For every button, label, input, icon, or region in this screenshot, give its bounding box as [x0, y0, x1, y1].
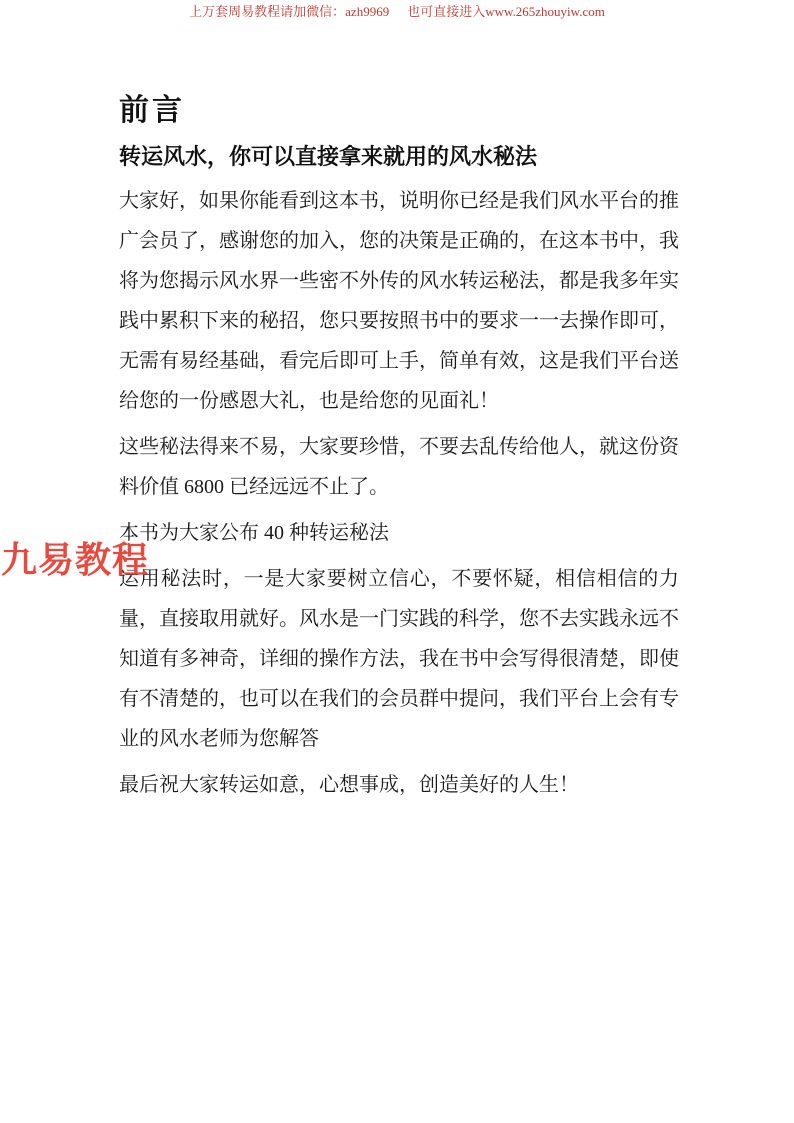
document-body: 前言 转运风水，你可以直接拿来就用的风水秘法 大家好，如果你能看到这本书，说明你… [119, 0, 679, 811]
body-paragraphs: 大家好，如果你能看到这本书，说明你已经是我们风水平台的推广会员了，感谢您的加入，… [119, 181, 679, 805]
paragraph: 最后祝大家转运如意，心想事成，创造美好的人生！ [119, 765, 679, 805]
page-title: 前言 [119, 0, 679, 129]
paragraph: 这些秘法得来不易，大家要珍惜，不要去乱传给他人，就这份资料价值 6800 已经远… [119, 427, 679, 507]
paragraph: 运用秘法时，一是大家要树立信心，不要怀疑，相信相信的力量，直接取用就好。风水是一… [119, 559, 679, 759]
document-subtitle: 转运风水，你可以直接拿来就用的风水秘法 [119, 143, 679, 171]
document-page: 上万套周易教程请加微信：azh9969 也可直接进入www.265zhouyiw… [0, 0, 794, 1123]
paragraph: 大家好，如果你能看到这本书，说明你已经是我们风水平台的推广会员了，感谢您的加入，… [119, 181, 679, 421]
paragraph: 本书为大家公布 40 种转运秘法 [119, 513, 679, 553]
